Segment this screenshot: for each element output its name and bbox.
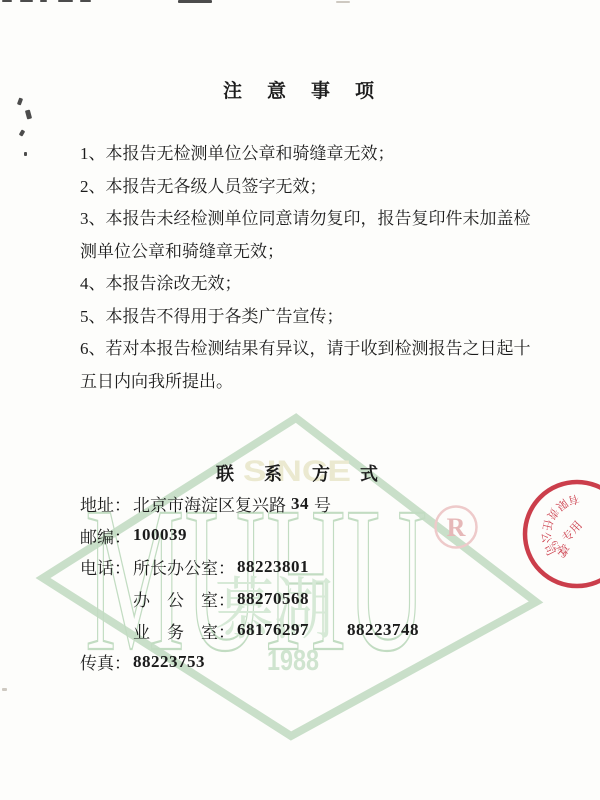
phone-label: 电话：	[80, 554, 133, 579]
notice-item-6: 6、若对本报告检测结果有异议，请于收到检测报告之日起十五日内向我所提出。	[80, 333, 532, 398]
contact-phone-row-office: 办 公 室： 88270568	[80, 583, 419, 615]
notice-item-1: 1、本报告无检测单位公章和骑缝章无效；	[80, 138, 532, 171]
notice-item-4: 4、本报告涂改无效；	[80, 268, 532, 301]
address-street: 北京市海淀区复兴路	[133, 491, 286, 516]
phone-sublabel-director-office: 所长办公室：	[133, 554, 237, 579]
report-notice-page: SINCE MUHU 慕湖 1988 R 有限责任公司 专用 章 62191 注…	[0, 0, 600, 800]
contact-phone-row-director: 电话： 所长办公室： 88223801	[80, 551, 419, 583]
contact-fax-row: 传真： 88223753	[80, 646, 419, 678]
address-label: 地址：	[80, 491, 133, 516]
stamp-center-text-line2: 章	[555, 541, 573, 559]
zip-label: 邮编：	[80, 523, 133, 548]
scan-speck	[2, 688, 7, 691]
notice-item-5: 5、本报告不得用于各类广告宣传；	[80, 301, 532, 334]
contact-address-row: 地址： 北京市海淀区复兴路 34 号	[80, 488, 419, 520]
scan-speck	[2, 0, 12, 2]
stamp-center-text-line1: 专用	[559, 518, 585, 544]
zip-value: 100039	[133, 525, 187, 545]
stamp-border-circle	[525, 482, 600, 586]
scan-speck	[19, 129, 25, 136]
contact-phone-row-business: 业 务 室： 68176297 88223748	[80, 614, 419, 646]
muhu-watermark-logo: SINCE MUHU 慕湖 1988 R 有限责任公司 专用 章 62191	[0, 0, 600, 800]
contact-title: 联 系 方 式	[0, 460, 600, 486]
scan-speck	[24, 152, 27, 156]
address-suffix: 号	[314, 491, 331, 516]
registered-trademark-circle	[436, 507, 477, 548]
scan-speck	[178, 0, 212, 3]
notice-list: 1、本报告无检测单位公章和骑缝章无效； 2、本报告无各级人员签字无效； 3、本报…	[80, 138, 532, 398]
notice-title: 注 意 事 项	[0, 76, 600, 103]
scan-speck	[80, 0, 91, 2]
stamp-arc-text: 有限责任公司	[539, 492, 581, 561]
scan-speck	[20, 0, 33, 2]
fax-label: 传真：	[80, 649, 133, 674]
stamp-arc-textpath: 有限责任公司	[539, 492, 581, 561]
contact-section: 地址： 北京市海淀区复兴路 34 号 邮编： 100039 电话： 所长办公室：…	[80, 488, 419, 678]
phone-sublabel-business-office: 业 务 室：	[133, 618, 237, 643]
address-number: 34	[291, 494, 309, 514]
scan-speck	[40, 0, 47, 2]
phone-number-director-office: 88223801	[237, 557, 309, 577]
notice-item-2: 2、本报告无各级人员签字无效；	[80, 171, 532, 204]
scan-speck	[25, 110, 32, 120]
scan-speck	[58, 0, 73, 2]
contact-zip-row: 邮编： 100039	[80, 520, 419, 552]
registered-trademark-letter: R	[447, 513, 466, 542]
phone-sublabel-office: 办 公 室：	[133, 586, 237, 611]
phone-number-office: 88270568	[237, 589, 309, 609]
scan-speck	[336, 1, 350, 3]
fax-value: 88223753	[133, 652, 205, 672]
phone-number-business-1: 68176297	[237, 620, 309, 640]
phone-number-business-2: 88223748	[347, 620, 419, 640]
notice-item-3: 3、本报告未经检测单位同意请勿复印，报告复印件未加盖检测单位公章和骑缝章无效；	[80, 203, 532, 268]
